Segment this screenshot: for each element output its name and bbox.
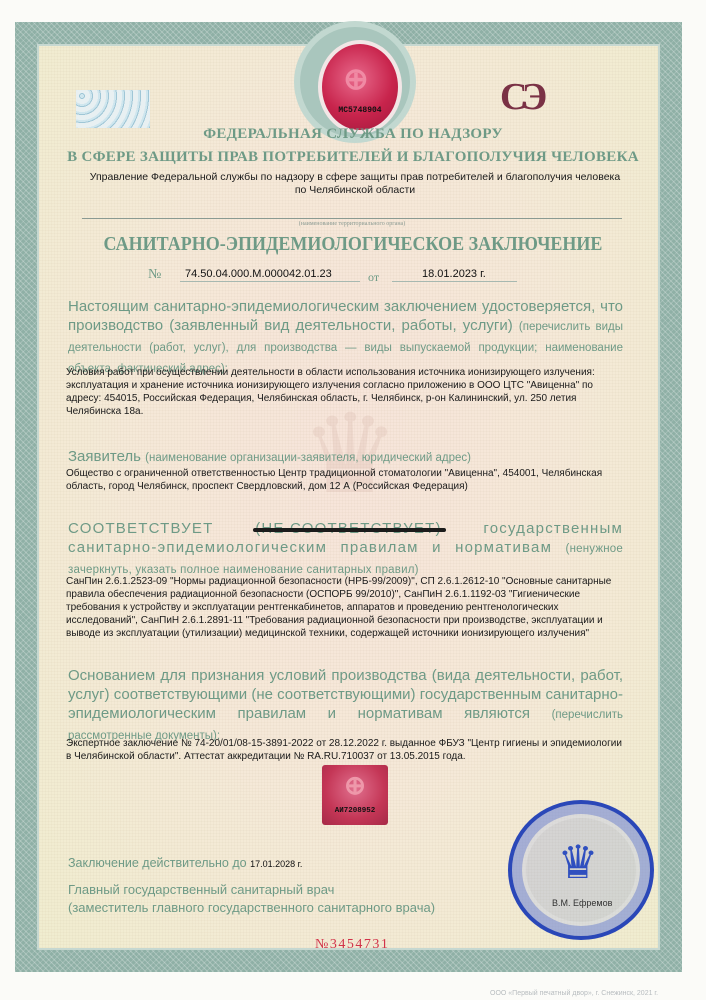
territorial-body: Управление Федеральной службы по надзору… [85, 171, 625, 197]
eagle-emblem-icon: ♛ [548, 832, 608, 892]
se-logo: СЭ [500, 75, 541, 119]
basis-statement: Основанием для признания условий произво… [68, 666, 623, 746]
agency-heading-line1: ФЕДЕРАЛЬНАЯ СЛУЖБА ПО НАДЗОРУ [0, 126, 706, 143]
compliance-yes: СООТВЕТСТВУЕТ [68, 520, 213, 537]
valid-date: 17.01.2028 г. [250, 859, 302, 869]
compliance-no-struck: (НЕ СООТВЕТСТВУЕТ) [255, 519, 441, 538]
certify-value: Условия работ при осуществлении деятельн… [66, 366, 626, 418]
valid-label: Заключение действительно до [68, 856, 247, 870]
basis-value: Экспертное заключение № 74-20/01/08-15-3… [66, 737, 626, 763]
applicant-statement: Заявитель (наименование организации-заяв… [68, 447, 623, 468]
document-date: 18.01.2023 г. [392, 268, 517, 282]
applicant-value: Общество с ограниченной ответственностью… [66, 467, 626, 493]
hologram-bottom-emblem-icon: ⊕ [322, 770, 388, 801]
applicant-label: Заявитель [68, 448, 141, 465]
document-number: 74.50.04.000.М.000042.01.23 [180, 268, 360, 282]
applicant-hint: (наименование организации-заявителя, юри… [145, 452, 471, 464]
territorial-body-caption: (наименование территориального органа) [82, 221, 622, 227]
serial-number: №3454731 [315, 937, 389, 953]
doctor-title: Главный государственный санитарный врач … [68, 881, 435, 917]
hologram-top-code: MC5748904 [322, 106, 398, 115]
hologram-bottom-code: AИ7208952 [322, 807, 388, 815]
number-label: № [148, 267, 161, 283]
doctor-line1: Главный государственный санитарный врач [68, 881, 435, 899]
printer-line: ООО «Первый печатный двор», г. Снежинск,… [490, 990, 658, 997]
signer-name: В.М. Ефремов [552, 898, 612, 908]
date-label: от [368, 270, 379, 285]
territorial-body-rule [82, 218, 622, 219]
compliance-statement: СООТВЕТСТВУЕТ (НЕ СООТВЕТСТВУЕТ) государ… [68, 519, 623, 580]
basis-main: Основанием для признания условий произво… [68, 667, 623, 722]
doctor-line2: (заместитель главного государственного с… [68, 899, 435, 917]
compliance-value: СанПин 2.6.1.2523-09 "Нормы радиационной… [66, 575, 626, 640]
document-title: САНИТАРНО-ЭПИДЕМИОЛОГИЧЕСКОЕ ЗАКЛЮЧЕНИЕ [35, 233, 670, 256]
agency-heading-line2: В СФЕРЕ ЗАЩИТЫ ПРАВ ПОТРЕБИТЕЛЕЙ И БЛАГО… [0, 149, 706, 166]
validity: Заключение действительно до 17.01.2028 г… [68, 856, 302, 870]
hologram-emblem-icon: ⊕ [333, 60, 379, 100]
security-pattern [76, 90, 150, 128]
